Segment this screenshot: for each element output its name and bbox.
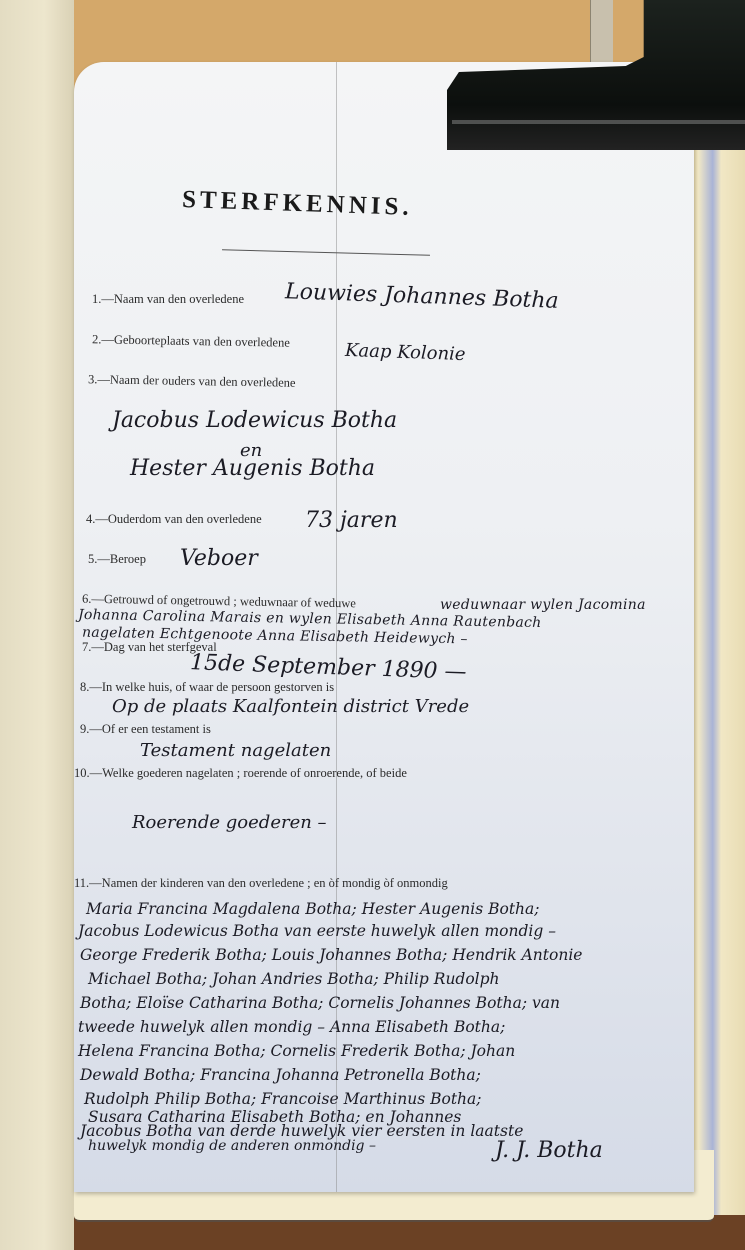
field-value-marital-line-1: weduwnaar wylen Jacomina (440, 597, 646, 613)
field-value-age: 73 jaren (305, 508, 398, 533)
field-value-mother: Hester Augenis Botha (130, 456, 375, 481)
children-line: Maria Francina Magdalena Botha; Hester A… (86, 900, 540, 918)
children-line: Botha; Eloïse Catharina Botha; Cornelis … (80, 994, 560, 1012)
children-line: huwelyk mondig de anderen onmondig – (88, 1138, 376, 1154)
children-line: George Frederik Botha; Louis Johannes Bo… (80, 946, 582, 964)
photo-scene: STERFKENNIS. 1.—Naam van den overledene … (0, 0, 745, 1250)
children-line: Dewald Botha; Francina Johanna Petronell… (80, 1066, 481, 1084)
adjacent-ledger-page (0, 0, 75, 1250)
field-label-testament: 9.—Of er een testament is (80, 722, 211, 737)
field-label-name: 1.—Naam van den overledene (92, 292, 244, 307)
field-value-birthplace: Kaap Kolonie (345, 340, 466, 365)
field-value-testament: Testament nagelaten (140, 740, 331, 761)
signature: J. J. Botha (495, 1138, 603, 1163)
children-line: Helena Francina Botha; Cornelis Frederik… (78, 1042, 515, 1060)
field-label-age: 4.—Ouderdom van den overledene (86, 512, 262, 527)
binder-clip-highlight (452, 120, 745, 124)
field-label-occupation: 5.—Beroep (88, 552, 146, 567)
field-value-place-of-death: Op de plaats Kaalfontein district Vrede (112, 696, 469, 717)
children-line: Michael Botha; Johan Andries Botha; Phil… (88, 970, 500, 988)
field-label-estate: 10.—Welke goederen nagelaten ; roerende … (74, 766, 407, 781)
children-line: tweede huwelyk allen mondig – Anna Elisa… (78, 1018, 505, 1036)
binder-strip (590, 0, 613, 70)
children-line: Rudolph Philip Botha; Francoise Marthinu… (84, 1090, 482, 1108)
field-value-father: Jacobus Lodewicus Botha (112, 408, 397, 433)
field-label-place-of-death: 8.—In welke huis, of waar de persoon ges… (80, 680, 334, 695)
children-line: Jacobus Lodewicus Botha van eerste huwel… (78, 922, 556, 940)
field-value-estate: Roerende goederen – (132, 812, 327, 833)
field-value-occupation: Veboer (180, 546, 258, 571)
field-label-children: 11.—Namen der kinderen van den overleden… (74, 876, 448, 891)
